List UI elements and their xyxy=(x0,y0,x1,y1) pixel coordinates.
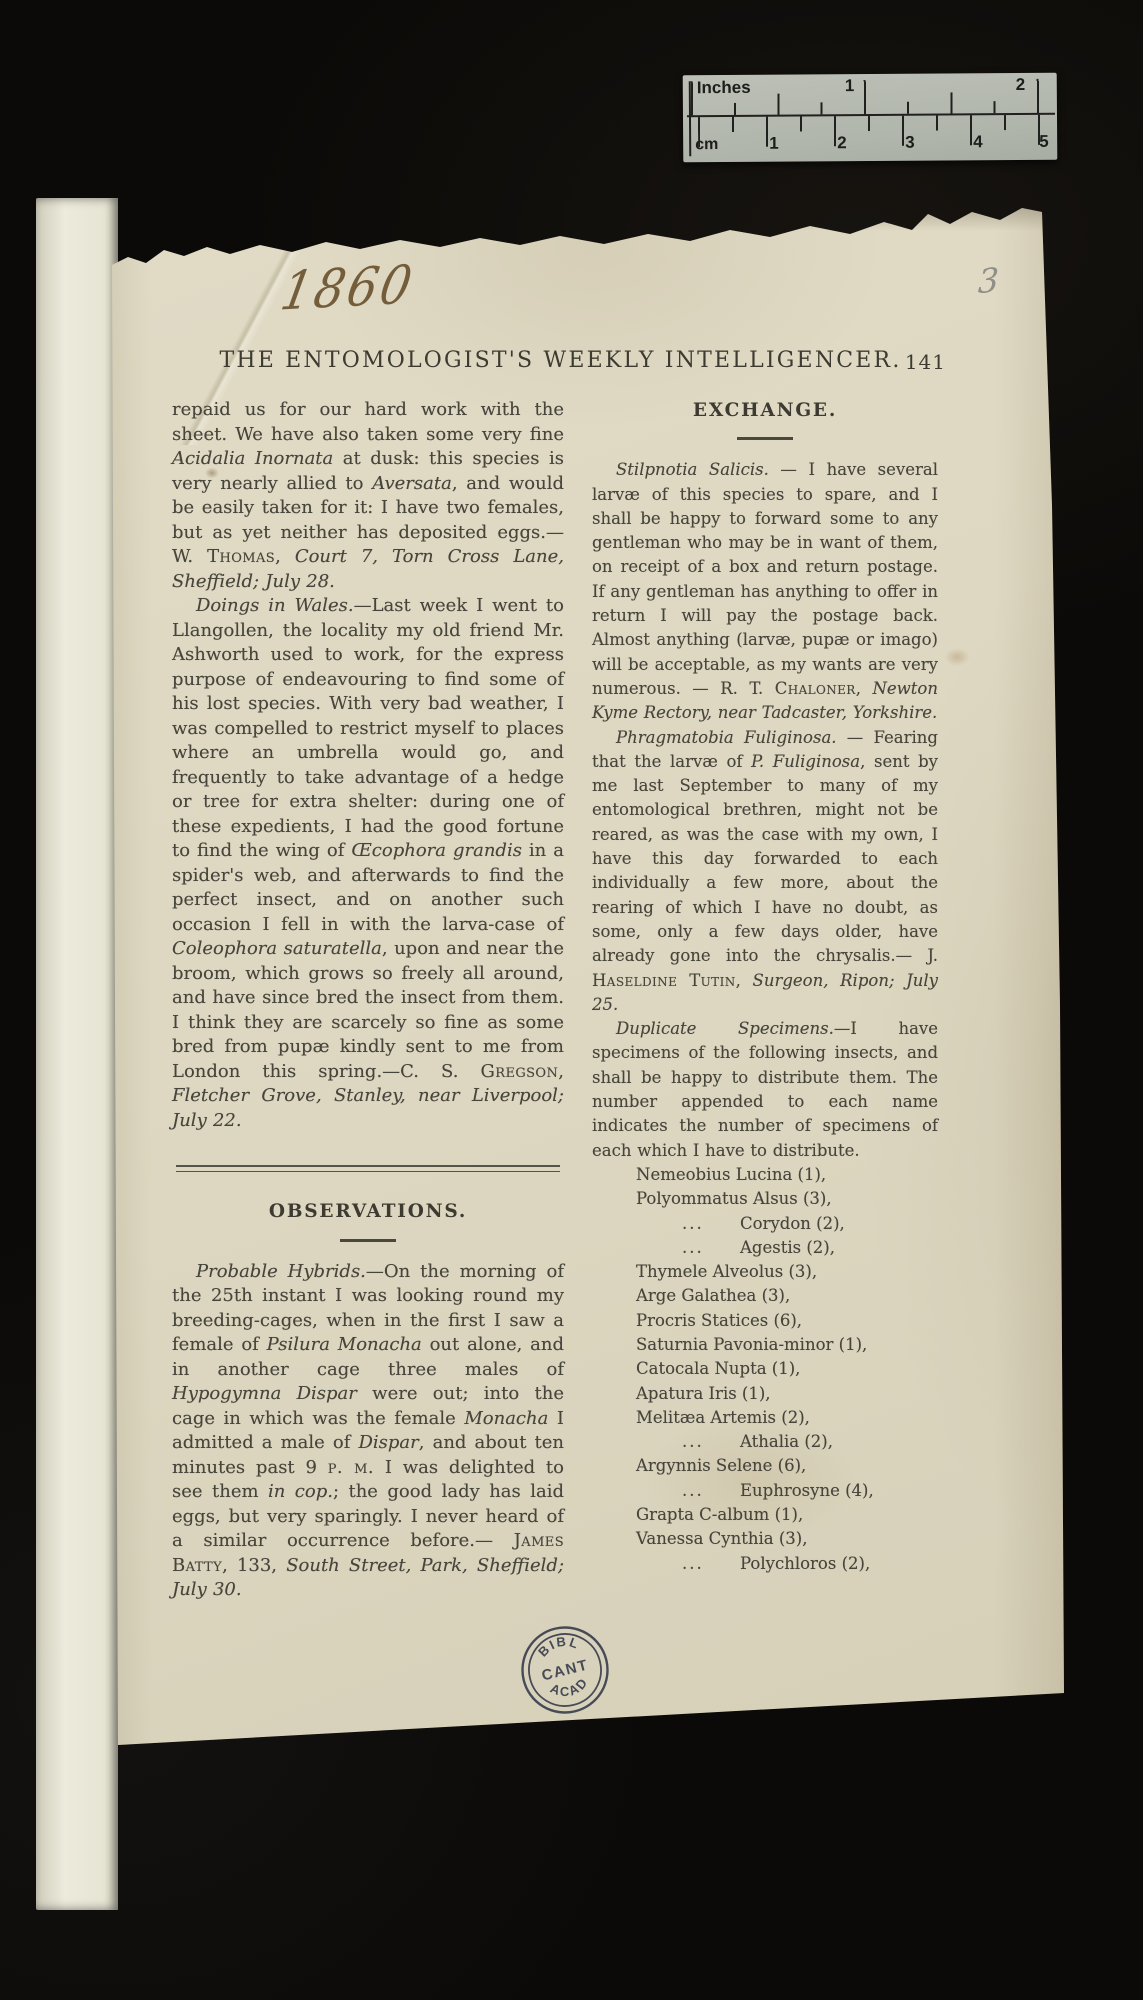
ruler-inches-label: Inches xyxy=(697,78,751,98)
list-item: ...Agestis (2), xyxy=(592,1236,938,1260)
paragraph: Phragmatobia Fuliginosa. — Fearing that … xyxy=(592,726,938,1018)
list-item: ...Athalia (2), xyxy=(592,1430,938,1454)
ruler-inch-number: 1 xyxy=(845,76,855,96)
list-item: Thymele Alveolus (3), xyxy=(592,1260,938,1284)
list-item: ...Polychloros (2), xyxy=(592,1552,938,1576)
pencil-page-mark: 3 xyxy=(977,260,999,302)
library-stamp: BIBL CANT ACAD xyxy=(519,1624,611,1716)
left-column: repaid us for our hard work with the she… xyxy=(172,398,564,1603)
list-item: Arge Galathea (3), xyxy=(592,1284,938,1308)
ruler-cm-number: 3 xyxy=(905,133,915,153)
list-item: Nemeobius Lucina (1), xyxy=(592,1163,938,1187)
paragraph: Stilpnotia Salicis. — I have several lar… xyxy=(592,458,938,725)
list-item: Melitæa Artemis (2), xyxy=(592,1406,938,1430)
scan-background: Inches 1 2 cm 1 2 3 4 5 1860 3 THE ENTOM… xyxy=(0,0,1143,2000)
list-item: ...Euphrosyne (4), xyxy=(592,1479,938,1503)
ruler-cm-number: 1 xyxy=(769,134,779,154)
page-header: THE ENTOMOLOGIST'S WEEKLY INTELLIGENCER.… xyxy=(175,348,946,373)
ruler-cm-number: 4 xyxy=(973,132,983,152)
paragraph: Doings in Wales.—Last week I went to Lla… xyxy=(172,594,564,1133)
paragraph: Probable Hybrids.—On the morning of the … xyxy=(172,1260,564,1603)
list-item: Argynnis Selene (6), xyxy=(592,1454,938,1478)
observations-heading: OBSERVATIONS. xyxy=(172,1200,564,1225)
list-item: Polyommatus Alsus (3), xyxy=(592,1187,938,1211)
ruler-cm-number: 5 xyxy=(1039,132,1049,152)
list-item: Apatura Iris (1), xyxy=(592,1382,938,1406)
journal-title: THE ENTOMOLOGIST'S WEEKLY INTELLIGENCER. xyxy=(175,348,946,373)
ruler-cm-ticks xyxy=(698,115,1055,161)
underlying-page-edge xyxy=(36,198,118,1910)
list-item: Procris Statices (6), xyxy=(592,1309,938,1333)
ruler-cm-number: 2 xyxy=(837,133,847,153)
section-divider xyxy=(176,1165,560,1172)
document-page: 1860 3 THE ENTOMOLOGIST'S WEEKLY INTELLI… xyxy=(112,205,1064,1750)
paragraph: Duplicate Specimens.—I have specimens of… xyxy=(592,1017,938,1163)
heading-rule xyxy=(737,437,793,440)
right-column: EXCHANGE. Stilpnotia Salicis. — I have s… xyxy=(592,399,938,1576)
list-item: Catocala Nupta (1), xyxy=(592,1357,938,1381)
exchange-heading: EXCHANGE. xyxy=(592,399,938,423)
list-item: ...Corydon (2), xyxy=(592,1212,938,1236)
page-number: 141 xyxy=(905,350,946,374)
list-item: Grapta C-album (1), xyxy=(592,1503,938,1527)
measuring-ruler: Inches 1 2 cm 1 2 3 4 5 xyxy=(683,73,1058,163)
ruler-inch-number: 2 xyxy=(1016,75,1026,95)
species-list: Nemeobius Lucina (1), Polyommatus Alsus … xyxy=(592,1163,938,1576)
paragraph: repaid us for our hard work with the she… xyxy=(172,398,564,594)
handwritten-year: 1860 xyxy=(276,254,420,323)
list-item: Vanessa Cynthia (3), xyxy=(592,1527,938,1551)
list-item: Saturnia Pavonia-minor (1), xyxy=(592,1333,938,1357)
heading-rule xyxy=(340,1239,396,1242)
ruler-cm-label: cm xyxy=(695,136,718,154)
